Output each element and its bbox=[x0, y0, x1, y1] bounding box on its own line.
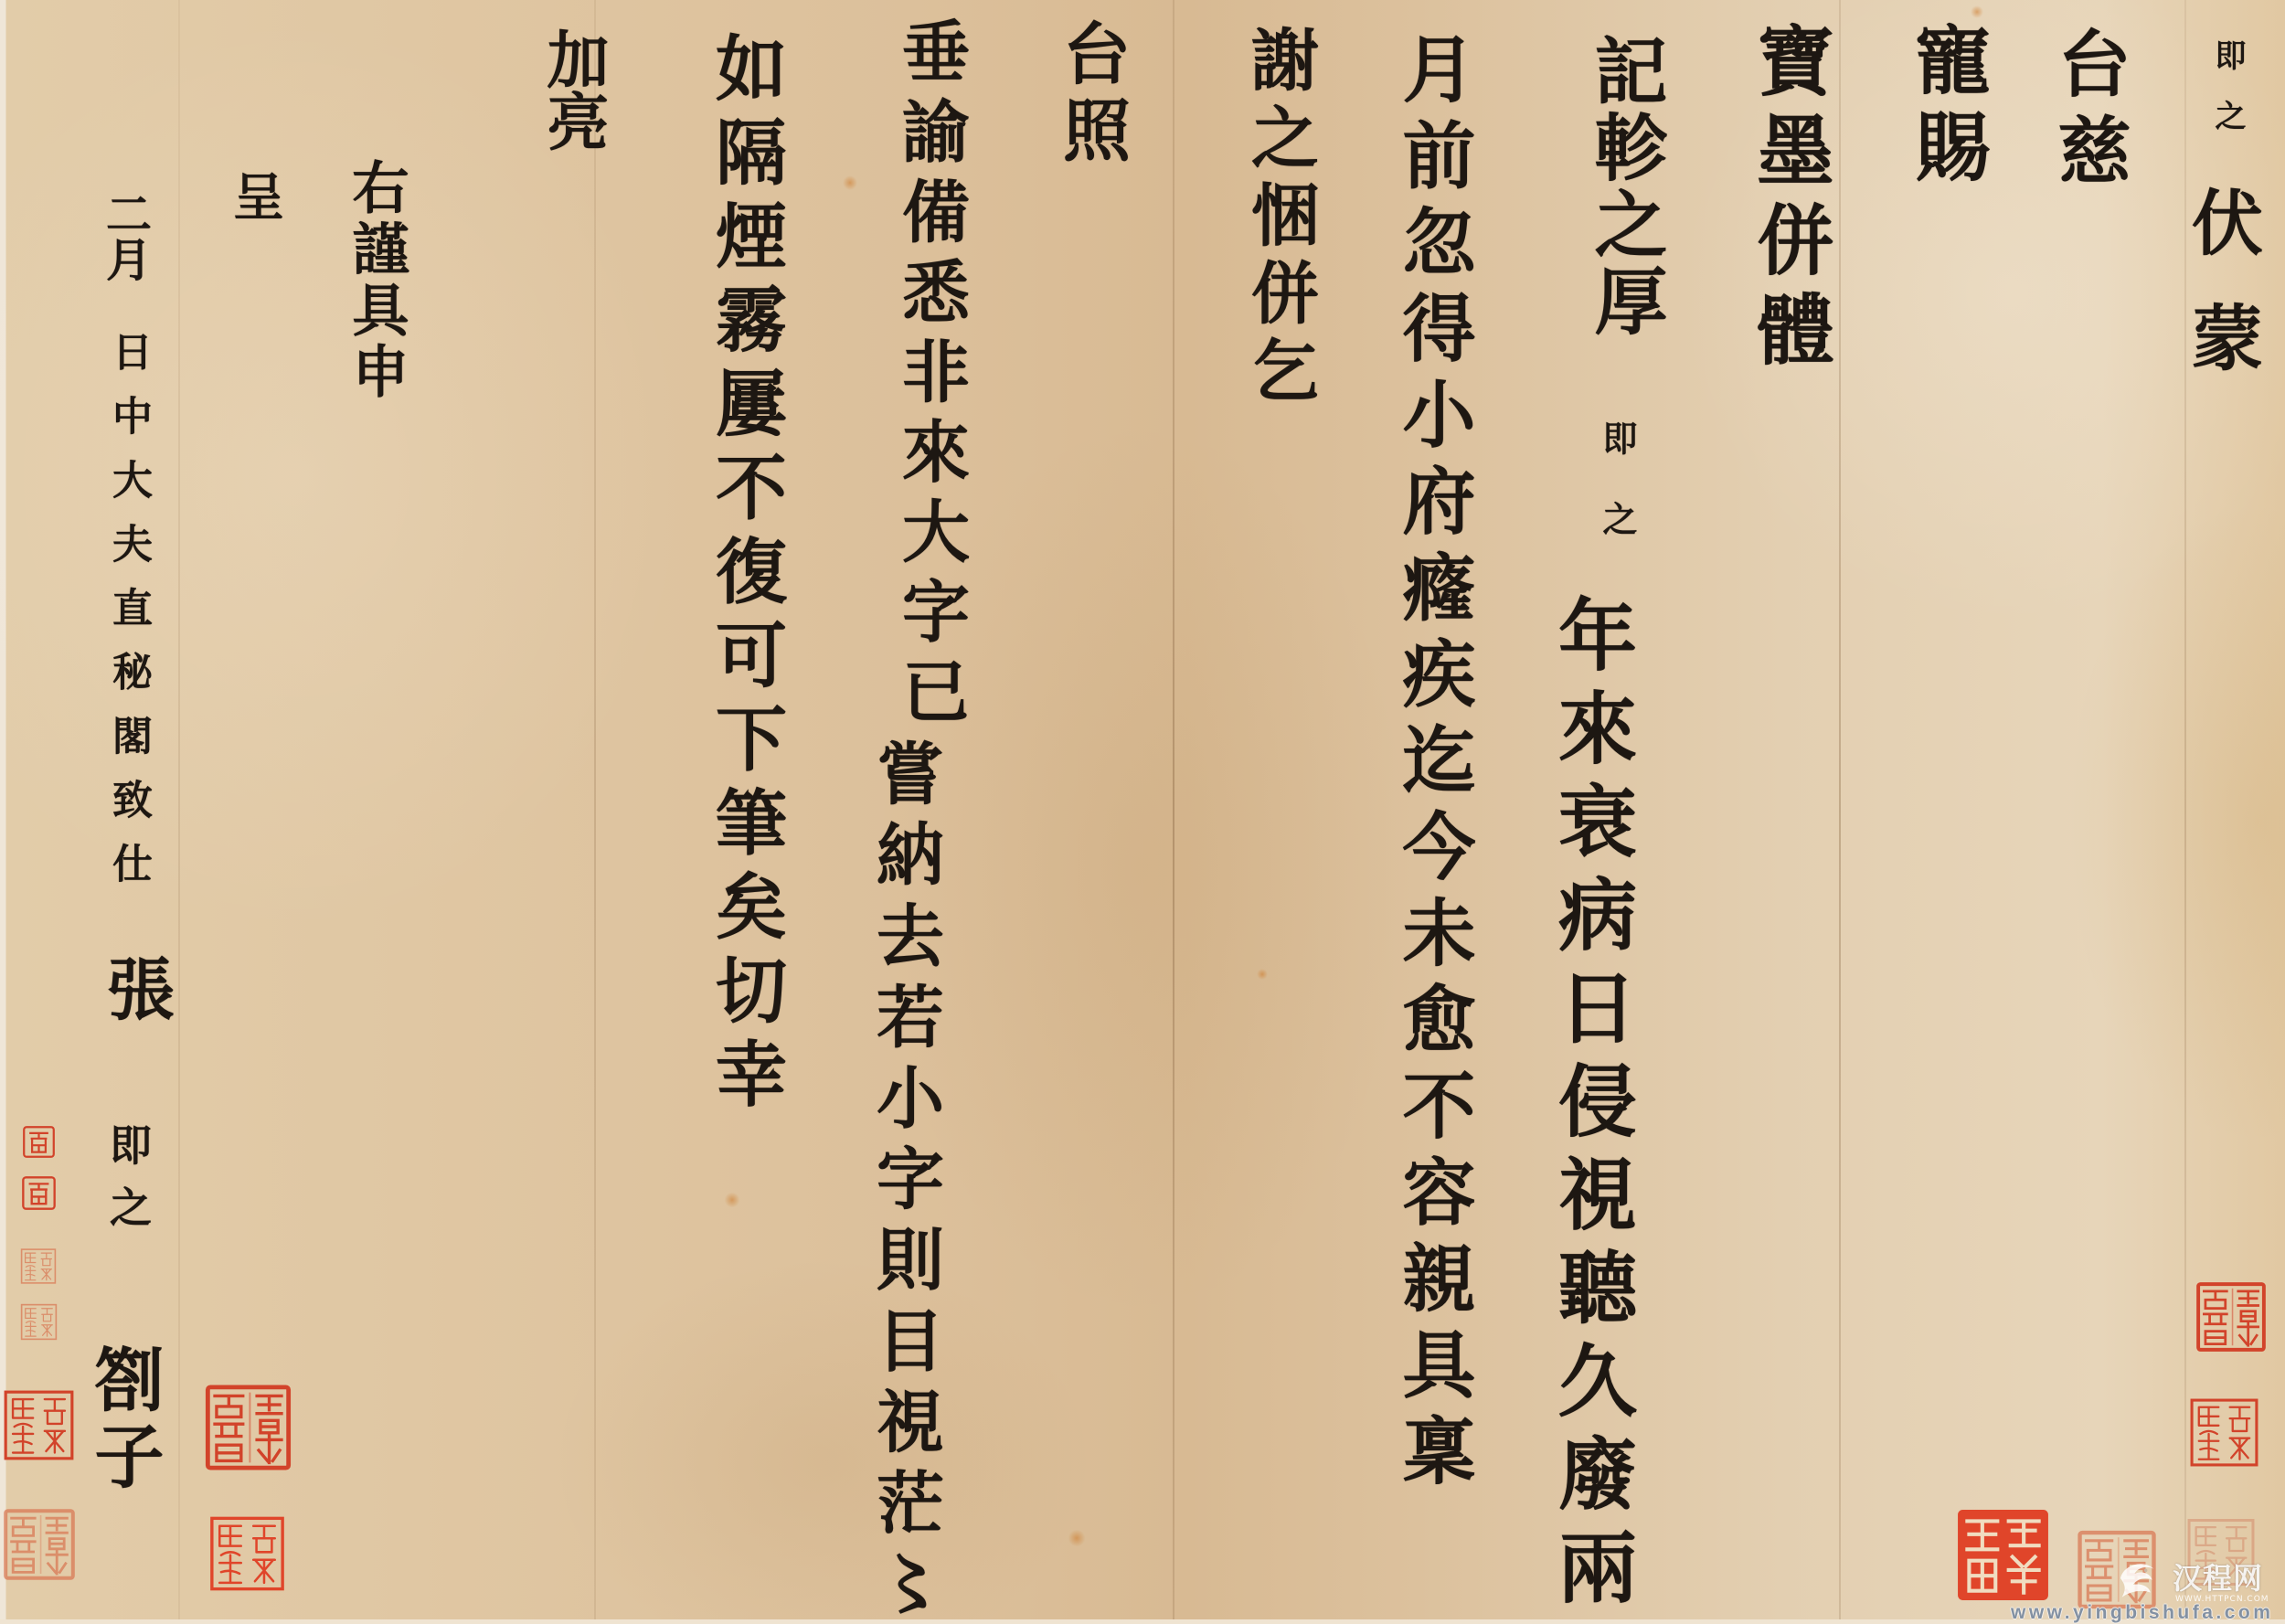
letter-text: 如隔煙霧屢不復可下筆矣切幸 bbox=[709, 31, 781, 1120]
elevated-honorific: 加亮 bbox=[542, 27, 604, 152]
raised-name-jizhi: 即之 bbox=[1599, 420, 1634, 581]
paper-stain bbox=[1971, 5, 1983, 18]
letter-text: 月前忽得小府癃疾迄今未愈不容親具稟 bbox=[1397, 31, 1470, 1500]
signature-given-name: 即之 bbox=[107, 1123, 149, 1247]
letter-text: 謝之悃併乞 bbox=[1246, 25, 1313, 413]
paper-bottom-edge bbox=[0, 1619, 2285, 1624]
paper-seam bbox=[1839, 0, 1841, 1619]
letter-text: 嘗納去若小字則目視茫〻 bbox=[871, 738, 939, 1624]
collector-seal-icon bbox=[3, 1505, 76, 1584]
official-title: 日中大夫直秘閣致仕 bbox=[108, 331, 148, 907]
elevated-honorific: 台照 bbox=[1057, 18, 1125, 172]
letter-text: 伏蒙 bbox=[2185, 186, 2257, 416]
letter-text: 記軫之厚 bbox=[1589, 33, 1662, 340]
paper-seam bbox=[178, 0, 180, 1619]
paper-stain bbox=[843, 175, 857, 190]
collector-seal-icon bbox=[20, 1247, 57, 1285]
signature-zhazi: 劄子 bbox=[89, 1343, 158, 1497]
watermark-source-url: www.yingbishufa.com bbox=[2011, 1603, 2273, 1623]
letter-text: 寵賜 bbox=[1909, 21, 1984, 195]
watermark-site-name: 汉程网 bbox=[2173, 1563, 2269, 1594]
closing-formula: 右謹具申 bbox=[347, 158, 404, 403]
collector-seal-icon bbox=[21, 1125, 57, 1159]
paper-stain bbox=[1068, 1530, 1086, 1546]
collector-seal-icon bbox=[208, 1515, 286, 1592]
collector-seal-icon bbox=[2189, 1396, 2259, 1469]
collector-seal-icon bbox=[20, 1303, 58, 1341]
paper-seam bbox=[594, 0, 596, 1619]
letter-text: 年來衰病日侵視聽久廢兩 bbox=[1551, 594, 1630, 1619]
paper-stain bbox=[724, 1193, 740, 1207]
paper-seam bbox=[1173, 0, 1174, 1619]
watermark-logo-icon bbox=[2114, 1554, 2162, 1603]
date-month: 二月 bbox=[102, 190, 148, 281]
letter-text: 寶墨併體 bbox=[1751, 21, 1828, 379]
raised-name-jizhi: 即之 bbox=[2212, 39, 2243, 160]
collector-seal-icon bbox=[3, 1389, 75, 1461]
letter-text: 垂諭備悉非來大字已 bbox=[897, 16, 964, 737]
collector-seal-icon bbox=[2195, 1277, 2267, 1357]
collector-seal-icon bbox=[1956, 1506, 2050, 1604]
collector-seal-icon bbox=[21, 1175, 57, 1211]
closing-formula: 呈 bbox=[229, 170, 281, 221]
elevated-honorific: 台慈 bbox=[2052, 26, 2125, 199]
calligraphy-letter-scan: 即之 伏蒙 台慈 寵賜 寶墨併體 記軫之厚 即之 年來衰病日侵視聽久廢兩 月前忽… bbox=[0, 0, 2285, 1624]
signature-surname: 張 bbox=[101, 954, 169, 1022]
collector-seal-icon bbox=[204, 1384, 292, 1471]
paper-stain bbox=[1257, 969, 1268, 980]
